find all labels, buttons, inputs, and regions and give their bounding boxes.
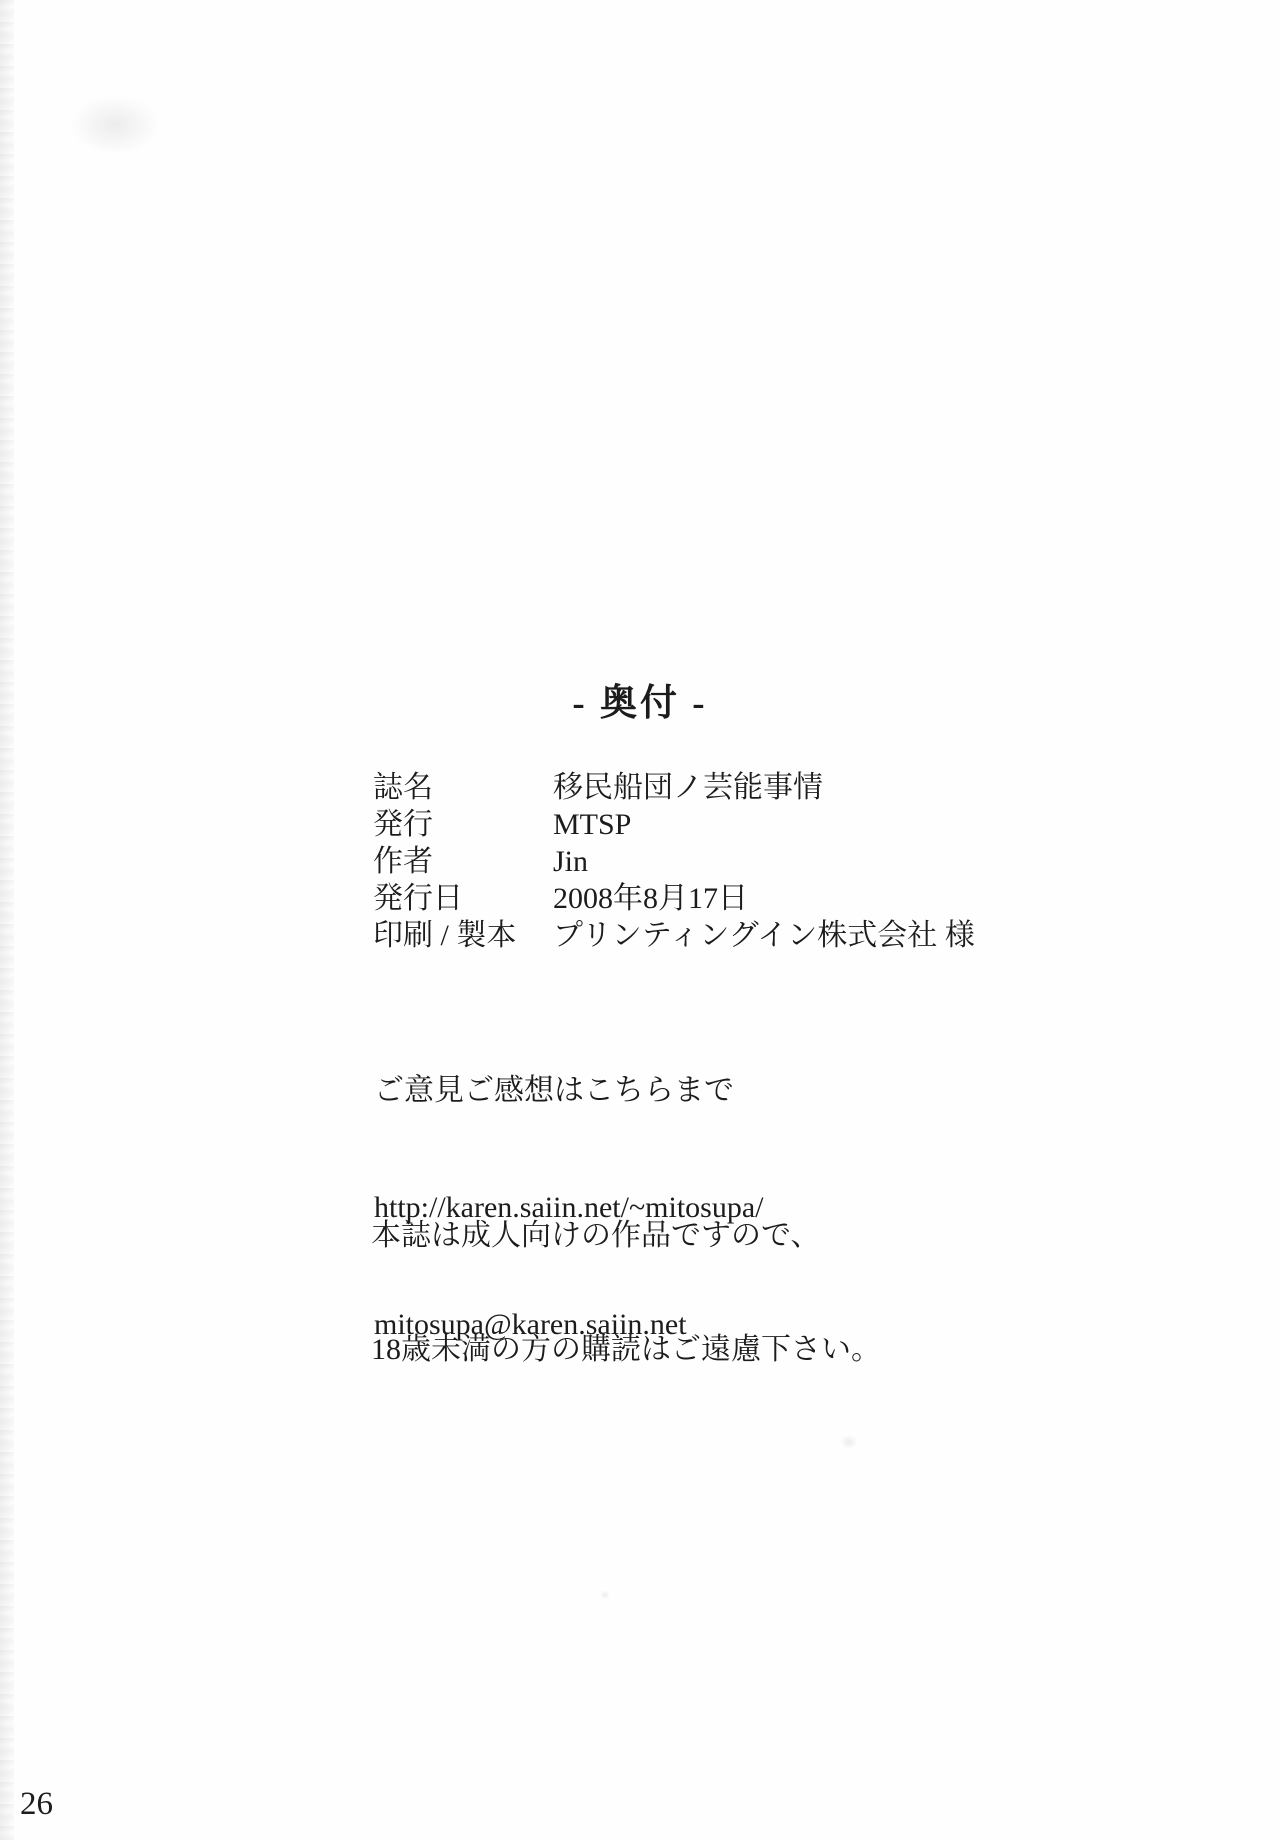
page-number: 26 [20,1786,53,1823]
info-row-author: 作者 Jin [373,843,975,880]
info-label: 印刷 / 製本 [373,917,553,954]
page-title: - 奥付 - [0,672,1280,726]
info-value: Jin [553,843,588,880]
contact-heading: ご意見ご感想はこちらまで [374,1071,764,1110]
info-label: 作者 [373,843,553,880]
info-row-publication-date: 発行日 2008年8月17日 [373,880,975,917]
info-row-magazine-name: 誌名 移民船団ノ芸能事情 [373,769,975,806]
age-notice-line2: 18歳未満の方の購読はご遠慮下さい。 [371,1331,881,1369]
info-value: プリンティングイン株式会社 様 [553,917,975,954]
info-label: 発行 [373,806,553,843]
age-notice-block: 本誌は成人向けの作品ですので、 18歳未満の方の購読はご遠慮下さい。 [371,1141,881,1445]
colophon-info-table: 誌名 移民船団ノ芸能事情 発行 MTSP 作者 Jin 発行日 2008年8月1… [373,769,975,954]
info-value: 移民船団ノ芸能事情 [553,769,823,806]
scan-smudge [600,1590,610,1600]
scan-smudge [70,95,160,155]
info-label: 誌名 [373,769,553,806]
scan-edge-texture [0,0,14,1840]
info-value: MTSP [553,806,631,843]
info-value: 2008年8月17日 [553,880,748,917]
info-row-printing: 印刷 / 製本 プリンティングイン株式会社 様 [373,917,975,954]
info-label: 発行日 [373,880,553,917]
colophon-page: - 奥付 - 誌名 移民船団ノ芸能事情 発行 MTSP 作者 Jin 発行日 2… [0,0,1280,1840]
info-row-publisher: 発行 MTSP [373,806,975,843]
age-notice-line1: 本誌は成人向けの作品ですので、 [371,1217,881,1255]
